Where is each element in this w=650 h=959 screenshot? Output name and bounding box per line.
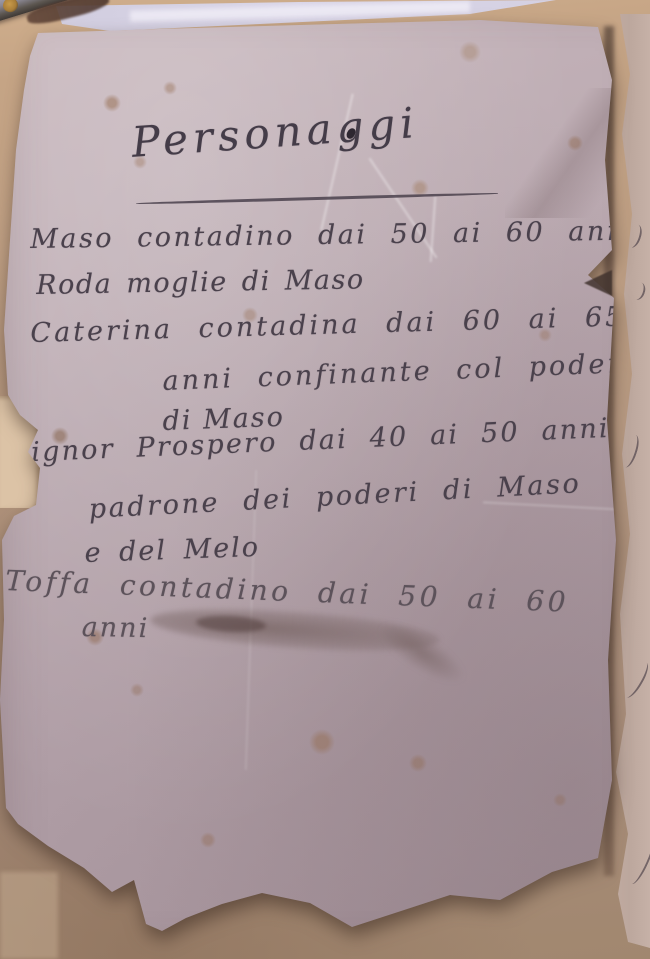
- handwritten-line-prospero-cont: padrone dei poderi di Maso: [88, 468, 582, 525]
- title-underline: [136, 192, 498, 205]
- handwritten-line-toffa: Toffa contadino dai 50 ai 60: [5, 564, 570, 619]
- handwritten-line-roda: Roda moglie di Maso: [36, 264, 365, 301]
- handwritten-line-prospero: Signor Prospero dai 40 ai 50 anni: [10, 413, 610, 469]
- handwritten-line-toffa-end: anni: [81, 612, 149, 644]
- fold-shadow: [505, 88, 620, 218]
- handwritten-line-caterina-cont: anni confinante col podere: [162, 348, 643, 397]
- manuscript-page-wrap: Personaggi Maso contadino dai 50 ai 60 a…: [0, 0, 650, 959]
- charcoal-smudge-tail: [371, 612, 474, 694]
- manuscript-page: Personaggi Maso contadino dai 50 ai 60 a…: [0, 0, 650, 959]
- handwritten-line-maso: Maso contadino dai 50 ai 60 anni: [30, 216, 638, 255]
- page-title: Personaggi: [130, 98, 420, 167]
- handwritten-line-prospero-end: e del Melo: [84, 532, 261, 569]
- torn-edge-shadow: [584, 270, 612, 296]
- manuscript-photo: Personaggi Maso contadino dai 50 ai 60 a…: [0, 0, 650, 959]
- handwritten-line-caterina: Caterina contadina dai 60 ai 65: [30, 301, 626, 349]
